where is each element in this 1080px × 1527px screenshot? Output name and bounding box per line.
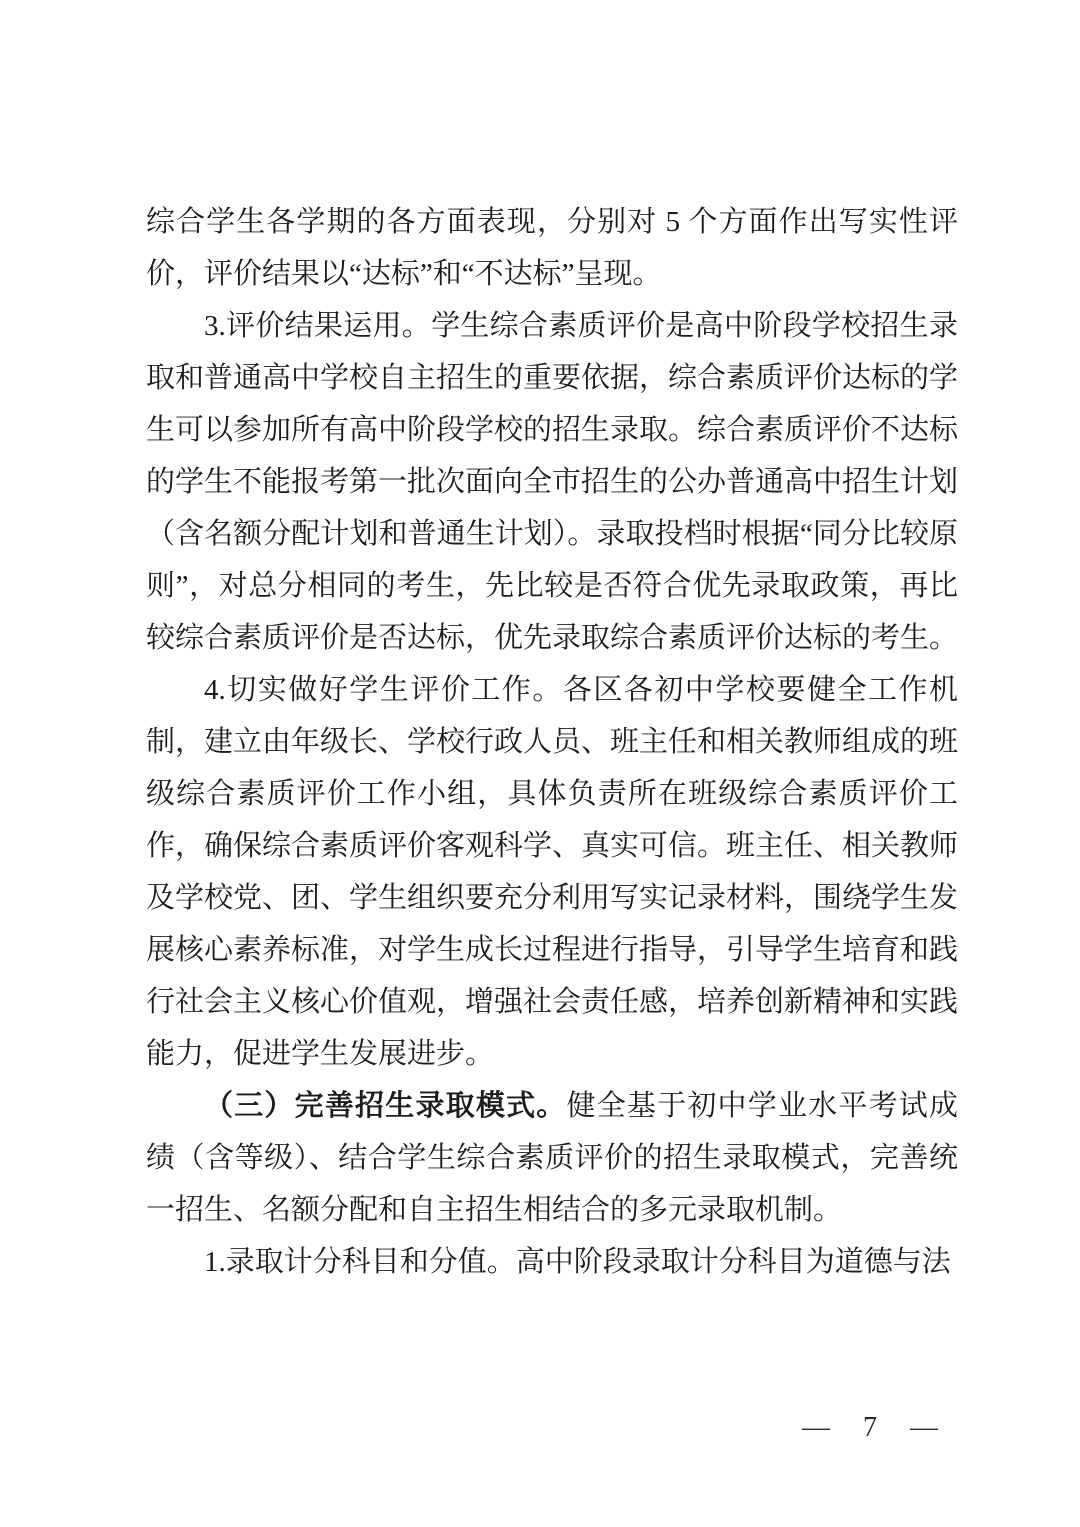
paragraph-text: 高中阶段录取计分科目为道德与法 — [516, 1246, 951, 1278]
paragraph: （三）完善招生录取模式。健全基于初中学业水平考试成绩（含等级）、结合学生综合素质… — [146, 1080, 958, 1236]
paragraph: 1.录取计分科目和分值。高中阶段录取计分科目为道德与法 — [146, 1236, 958, 1288]
paragraph-text: 综合学生各学期的各方面表现，分别对 5 个方面作出写实性评价，评价结果以“达标”… — [146, 206, 958, 290]
paragraph-lead: 3.评价结果运用。 — [204, 310, 431, 342]
document-text: 综合学生各学期的各方面表现，分别对 5 个方面作出写实性评价，评价结果以“达标”… — [146, 196, 958, 1288]
page-footer: — 7 — — [0, 1402, 1080, 1454]
paragraph-lead: 4.切实做好学生评价工作。 — [204, 674, 563, 706]
document-page: 综合学生各学期的各方面表现，分别对 5 个方面作出写实性评价，评价结果以“达标”… — [0, 0, 1080, 1527]
paragraph: 综合学生各学期的各方面表现，分别对 5 个方面作出写实性评价，评价结果以“达标”… — [146, 196, 958, 300]
page-number: — 7 — — [802, 1402, 938, 1454]
paragraph-text: 各区各初中学校要健全工作机制，建立由年级长、学校行政人员、班主任和相关教师组成的… — [146, 674, 958, 1070]
paragraph: 4.切实做好学生评价工作。各区各初中学校要健全工作机制，建立由年级长、学校行政人… — [146, 664, 958, 1080]
paragraph: 3.评价结果运用。学生综合素质评价是高中阶段学校招生录取和普通高中学校自主招生的… — [146, 300, 958, 664]
paragraph-lead: 1.录取计分科目和分值。 — [204, 1246, 516, 1278]
paragraph-lead: （三）完善招生录取模式。 — [204, 1090, 567, 1122]
paragraph-text: 学生综合素质评价是高中阶段学校招生录取和普通高中学校自主招生的重要依据，综合素质… — [146, 310, 958, 654]
